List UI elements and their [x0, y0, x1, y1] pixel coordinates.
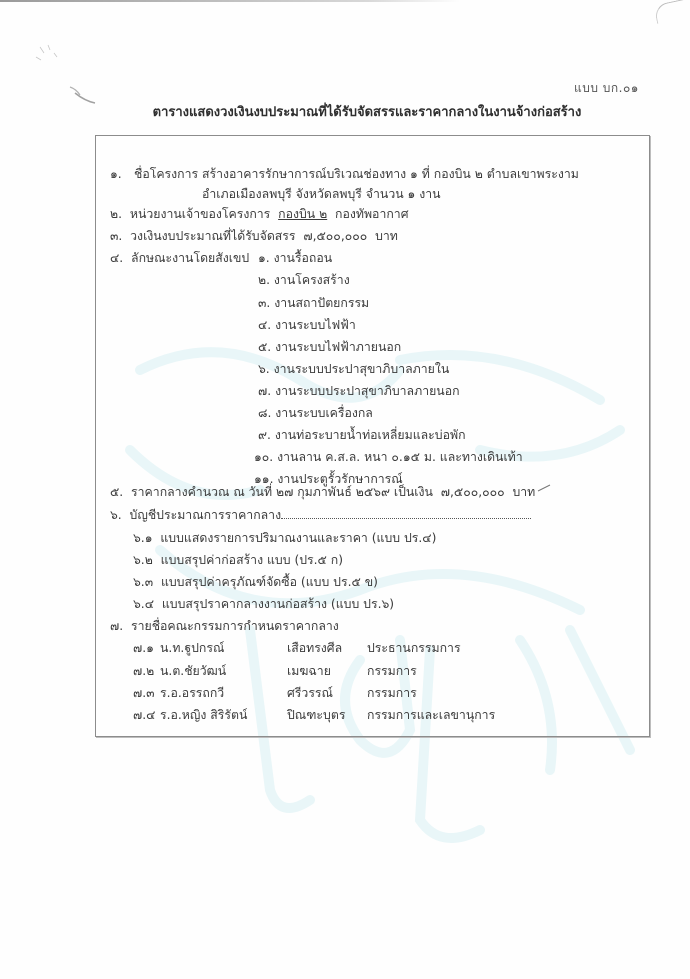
- section-4-number: ๔.: [110, 251, 123, 265]
- owner-unit: กองบิน ๒: [278, 207, 327, 221]
- page-edge: [0, 0, 460, 2]
- estimate-item: ๖.๒ แบบสรุปค่าก่อสร้าง แบบ (ปร.๕ ก): [133, 552, 343, 568]
- section-6-label: บัญชีประมาณการราคากลาง: [130, 508, 282, 522]
- work-item: ๔. งานระบบไฟฟ้า: [258, 317, 356, 333]
- page-corner-fold: [653, 0, 687, 24]
- estimate-item: ๖.๔ แบบสรุปราคากลางงานก่อสร้าง (แบบ ปร.๖…: [133, 596, 394, 612]
- section-5: ๕. ราคากลางคำนวณ ณ วันที่ ๒๗ กุมภาพันธ์ …: [110, 484, 535, 500]
- member-number: ๗.๔: [133, 707, 155, 723]
- member-role: กรรมการ: [367, 663, 417, 679]
- project-name-line1: สร้างอาคารรักษาการณ์บริเวณช่องทาง ๑ ที่ …: [202, 166, 579, 182]
- section-4: ๔. ลักษณะงานโดยสังเขป: [110, 250, 249, 266]
- section-6-number: ๖.: [110, 508, 122, 522]
- member-surname: ศรีวรรณ์: [287, 685, 333, 701]
- work-item: ๘. งานระบบเครื่องกล: [258, 405, 373, 421]
- estimate-item-number: ๖.๔: [133, 597, 154, 611]
- estimate-item-text: แบบสรุปค่าก่อสร้าง แบบ (ปร.๕ ก): [161, 553, 343, 567]
- project-name-line2: อำเภอเมืองลพบุรี จังหวัดลพบุรี จำนวน ๑ ง…: [202, 186, 441, 202]
- section-5-text: ราคากลางคำนวณ ณ วันที่ ๒๗ กุมภาพันธ์ ๒๕๖…: [131, 485, 433, 499]
- section-7: ๗. รายชื่อคณะกรรมการกำหนดราคากลาง: [110, 618, 339, 634]
- section-7-label: รายชื่อคณะกรรมการกำหนดราคากลาง: [131, 619, 339, 633]
- section-6: ๖. บัญชีประมาณการราคากลาง: [110, 507, 531, 523]
- budget-currency: บาท: [375, 229, 398, 243]
- form-code: แบบ บก.๐๑: [574, 79, 639, 98]
- work-item: ๒. งานโครงสร้าง: [258, 272, 350, 288]
- member-surname: ปิณฑะบุตร: [287, 707, 345, 723]
- work-item: ๖. งานระบบประปาสุขาภิบาลภายใน: [258, 361, 449, 377]
- section-3-number: ๓.: [110, 229, 122, 243]
- member-number: ๗.๒: [133, 663, 154, 679]
- work-item: ๑. งานรื้อถอน: [258, 250, 332, 266]
- median-price-amount: ๗,๕๐๐,๐๐๐: [441, 485, 505, 499]
- estimate-item-number: ๖.๓: [133, 575, 153, 589]
- member-name: น.ท.ฐูปกรณ์: [160, 640, 224, 656]
- owner-parent: กองทัพอากาศ: [335, 207, 409, 221]
- estimate-item: ๖.๑ แบบแสดงรายการปริมาณงานและราคา (แบบ ป…: [133, 530, 436, 546]
- section-7-number: ๗.: [110, 619, 123, 633]
- member-number: ๗.๑: [133, 640, 154, 656]
- member-number: ๗.๓: [133, 685, 155, 701]
- member-name: ร.อ.อรรถกวี: [160, 685, 224, 701]
- estimate-item-number: ๖.๒: [133, 553, 153, 567]
- estimate-item-text: แบบสรุปค่าครุภัณฑ์จัดซื้อ (แบบ ปร.๕ ข): [161, 575, 378, 589]
- section-1-label: ชื่อโครงการ: [134, 166, 198, 182]
- section-3-label: วงเงินงบประมาณที่ได้รับจัดสรร: [130, 229, 295, 243]
- document-title: ตารางแสดงวงเงินงบประมาณที่ได้รับจัดสรรแล…: [0, 101, 690, 122]
- section-2-number: ๒.: [110, 206, 122, 222]
- median-price-currency: บาท: [512, 485, 535, 499]
- member-surname: เมฆฉาย: [287, 663, 331, 679]
- work-item: ๑๐. งานลาน ค.ส.ล. หนา ๐.๑๕ ม. และทางเดิน…: [254, 449, 523, 465]
- member-name: น.ต.ชัยวัฒน์: [160, 663, 226, 679]
- section-4-label: ลักษณะงานโดยสังเขป: [131, 251, 249, 265]
- section-2: ๒. หน่วยงานเจ้าของโครงการ กองบิน ๒ กองทั…: [110, 206, 409, 222]
- work-item: ๕. งานระบบไฟฟ้าภายนอก: [258, 339, 401, 355]
- member-role: กรรมการ: [367, 685, 417, 701]
- work-item: ๓. งานสถาปัตยกรรม: [258, 295, 369, 311]
- checkmark-icon: [537, 484, 551, 492]
- work-item: ๙. งานท่อระบายน้ำท่อเหลี่ยมและบ่อพัก: [258, 427, 466, 443]
- section-5-number: ๕.: [110, 485, 123, 499]
- dotted-fill-line: [281, 507, 531, 519]
- member-role: ประธานกรรมการ: [367, 640, 461, 656]
- section-2-label: หน่วยงานเจ้าของโครงการ: [130, 207, 270, 221]
- section-1-number: ๑.: [110, 166, 122, 182]
- section-3: ๓. วงเงินงบประมาณที่ได้รับจัดสรร ๗,๕๐๐,๐…: [110, 228, 398, 244]
- estimate-item-number: ๖.๑: [133, 531, 153, 545]
- member-role: กรรมการและเลขานุการ: [367, 707, 495, 723]
- estimate-item-text: แบบแสดงรายการปริมาณงานและราคา (แบบ ปร.๔): [160, 531, 436, 545]
- estimate-item: ๖.๓ แบบสรุปค่าครุภัณฑ์จัดซื้อ (แบบ ปร.๕ …: [133, 574, 378, 590]
- estimate-item-text: แบบสรุปราคากลางงานก่อสร้าง (แบบ ปร.๖): [162, 597, 394, 611]
- member-name: ร.อ.หญิง สิริรัตน์: [160, 707, 247, 723]
- work-item: ๗. งานระบบประปาสุขาภิบาลภายนอก: [258, 383, 460, 399]
- member-surname: เสือทรงศีล: [287, 640, 342, 656]
- budget-amount: ๗,๕๐๐,๐๐๐: [303, 229, 367, 243]
